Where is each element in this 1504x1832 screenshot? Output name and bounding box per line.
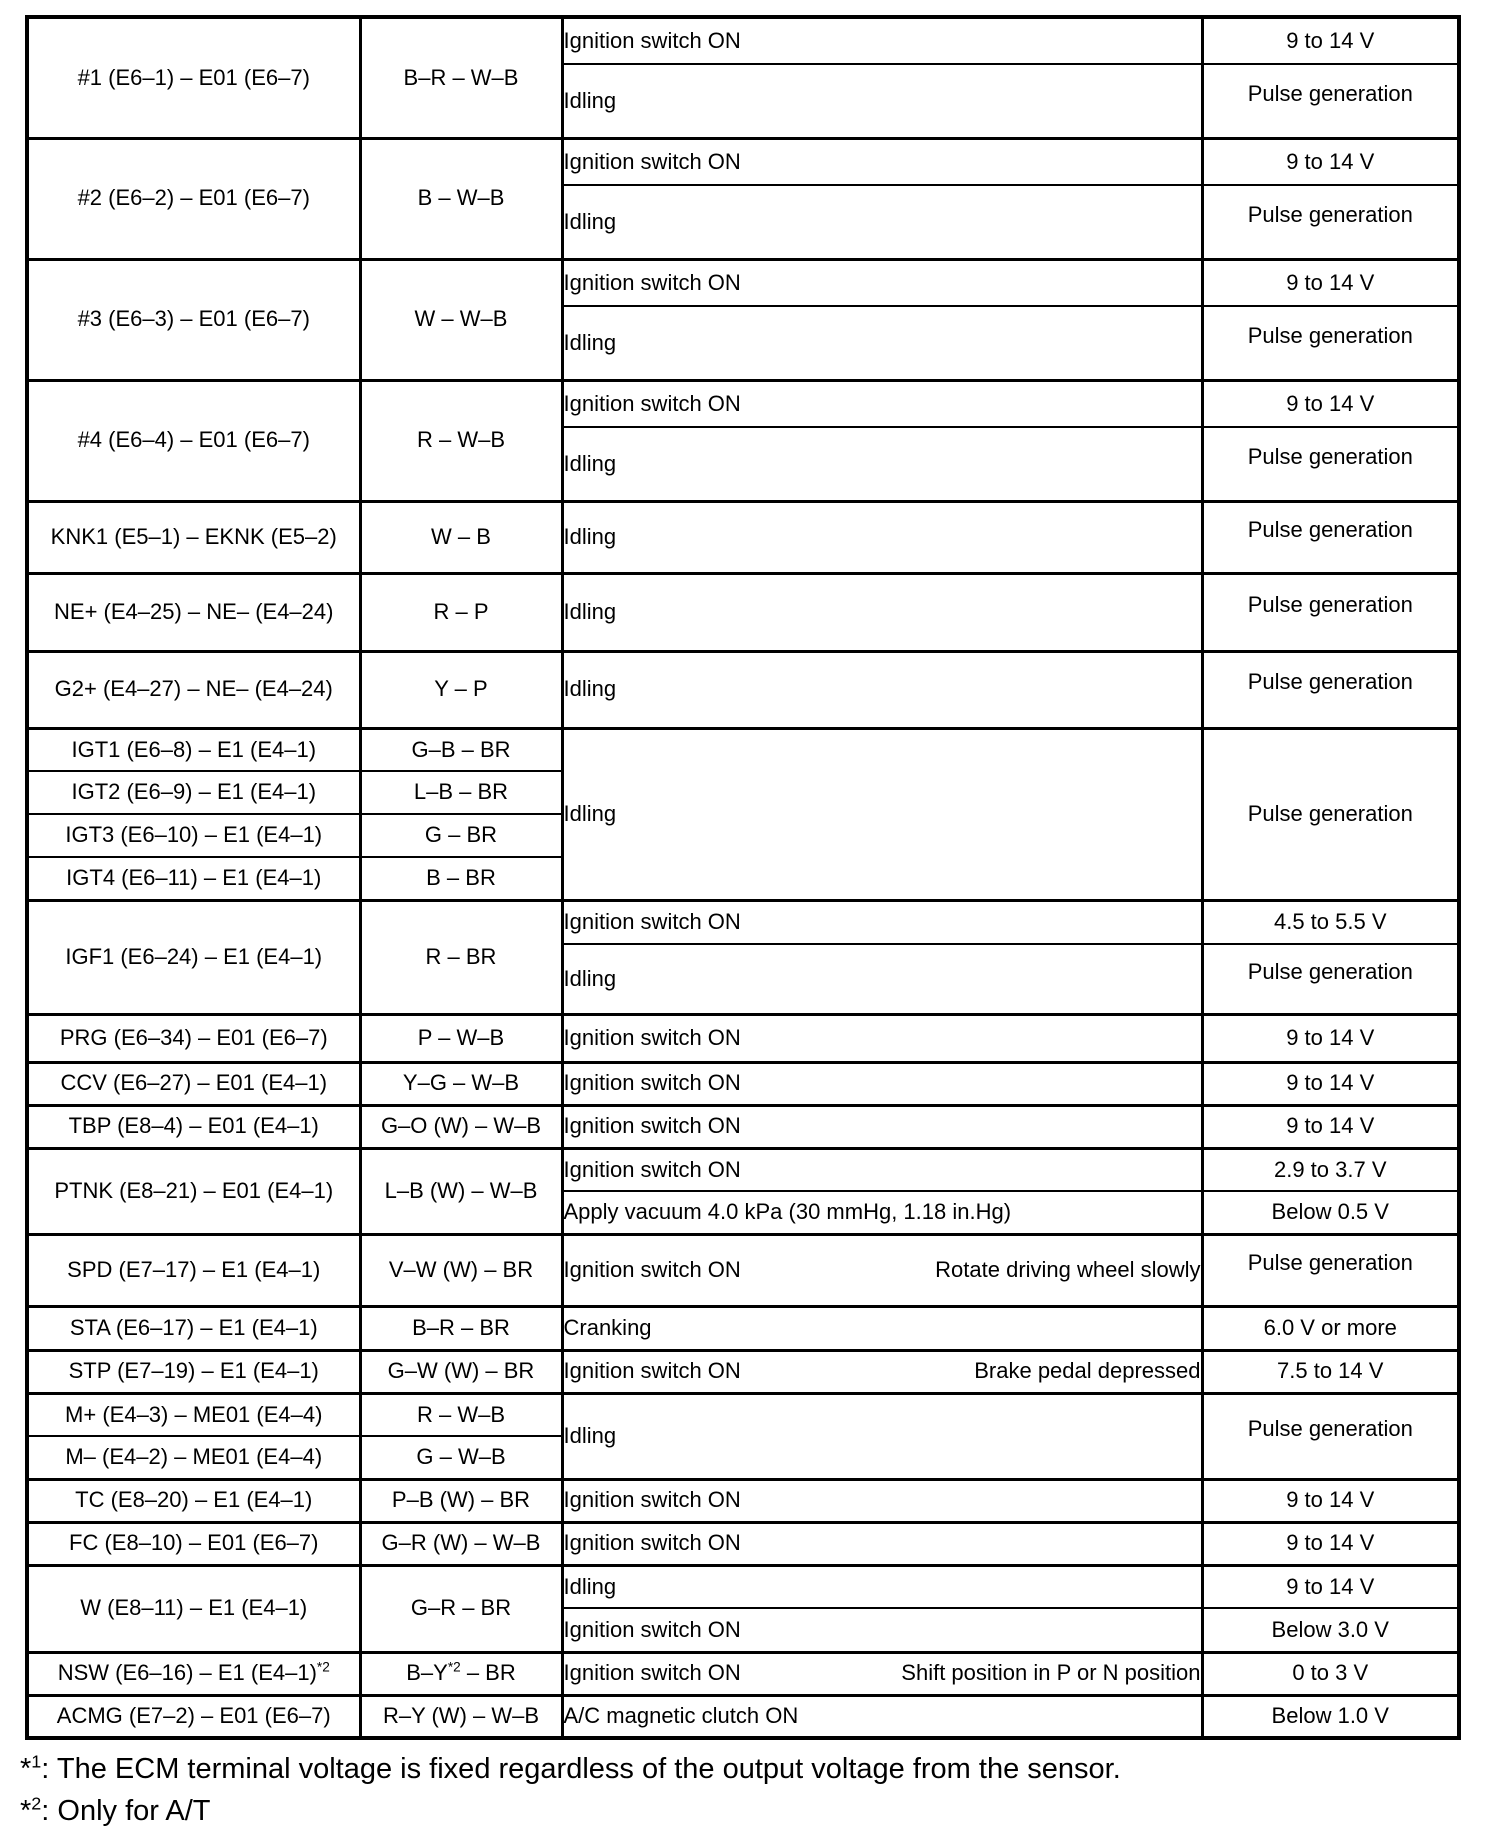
condition-cell: Ignition switch ONRotate driving wheel s… xyxy=(562,1234,1202,1306)
value-cell: Pulse generation xyxy=(1202,306,1459,380)
terminal-cell: M+ (E4–3) – ME01 (E4–4) xyxy=(27,1393,360,1436)
condition-cell: Ignition switch ON xyxy=(562,380,1202,427)
condition-cell: Idling xyxy=(562,1393,1202,1479)
condition-right-text: Brake pedal depressed xyxy=(974,1358,1200,1384)
terminal-cell: TC (E8–20) – E1 (E4–1) xyxy=(27,1479,360,1522)
terminal-cell: #2 (E6–2) – E01 (E6–7) xyxy=(27,138,360,259)
condition-wrap: Ignition switch ONShift position in P or… xyxy=(564,1660,1201,1686)
value-cell: 9 to 14 V xyxy=(1202,17,1459,64)
table-row: KNK1 (E5–1) – EKNK (E5–2)W – BIdlingPuls… xyxy=(27,501,1459,573)
value-cell: Pulse generation xyxy=(1202,651,1459,728)
terminal-cell: G2+ (E4–27) – NE– (E4–24) xyxy=(27,651,360,728)
terminal-cell: FC (E8–10) – E01 (E6–7) xyxy=(27,1522,360,1565)
footnotes: *1: The ECM terminal voltage is fixed re… xyxy=(20,1748,1504,1832)
condition-right-text: Shift position in P or N position xyxy=(901,1660,1200,1686)
condition-cell: Idling xyxy=(562,573,1202,651)
wire-color-cell: W – B xyxy=(360,501,562,573)
value-cell: 9 to 14 V xyxy=(1202,1522,1459,1565)
table-row: TC (E8–20) – E1 (E4–1)P–B (W) – BRIgniti… xyxy=(27,1479,1459,1522)
condition-cell: Idling xyxy=(562,306,1202,380)
terminal-cell: IGF1 (E6–24) – E1 (E4–1) xyxy=(27,900,360,1014)
condition-cell: Ignition switch ON xyxy=(562,1522,1202,1565)
terminal-cell: ACMG (E7–2) – E01 (E6–7) xyxy=(27,1695,360,1738)
table-row: #2 (E6–2) – E01 (E6–7)B – W–BIgnition sw… xyxy=(27,138,1459,185)
wire-color-cell: B–R – BR xyxy=(360,1306,562,1350)
wire-color-cell: R – W–B xyxy=(360,1393,562,1436)
condition-cell: Cranking xyxy=(562,1306,1202,1350)
table-row: TBP (E8–4) – E01 (E4–1)G–O (W) – W–BIgni… xyxy=(27,1105,1459,1148)
condition-cell: Ignition switch ON xyxy=(562,259,1202,306)
wire-color-cell: R – BR xyxy=(360,900,562,1014)
table-row: FC (E8–10) – E01 (E6–7)G–R (W) – W–BIgni… xyxy=(27,1522,1459,1565)
table-row: STA (E6–17) – E1 (E4–1)B–R – BRCranking6… xyxy=(27,1306,1459,1350)
value-cell: Below 3.0 V xyxy=(1202,1608,1459,1652)
value-cell: 2.9 to 3.7 V xyxy=(1202,1148,1459,1191)
table-row: NSW (E6–16) – E1 (E4–1)*2B–Y*2 – BRIgnit… xyxy=(27,1652,1459,1695)
terminal-cell: NSW (E6–16) – E1 (E4–1)*2 xyxy=(27,1652,360,1695)
terminal-cell: #3 (E6–3) – E01 (E6–7) xyxy=(27,259,360,380)
condition-cell: Idling xyxy=(562,1565,1202,1608)
table-row: CCV (E6–27) – E01 (E4–1)Y–G – W–BIgnitio… xyxy=(27,1062,1459,1105)
wire-color-cell: Y – P xyxy=(360,651,562,728)
condition-cell: Ignition switch ON xyxy=(562,900,1202,944)
value-cell: Below 1.0 V xyxy=(1202,1695,1459,1738)
value-cell: 9 to 14 V xyxy=(1202,1062,1459,1105)
table-row: G2+ (E4–27) – NE– (E4–24)Y – PIdlingPuls… xyxy=(27,651,1459,728)
wire-color-cell: P–B (W) – BR xyxy=(360,1479,562,1522)
value-cell: Pulse generation xyxy=(1202,1393,1459,1479)
wire-color-cell: G – W–B xyxy=(360,1436,562,1479)
table-row: PTNK (E8–21) – E01 (E4–1)L–B (W) – W–BIg… xyxy=(27,1148,1459,1191)
terminal-cell: PRG (E6–34) – E01 (E6–7) xyxy=(27,1014,360,1062)
value-cell: Pulse generation xyxy=(1202,944,1459,1014)
value-cell: Pulse generation xyxy=(1202,501,1459,573)
terminal-cell: IGT4 (E6–11) – E1 (E4–1) xyxy=(27,857,360,900)
terminal-cell: IGT2 (E6–9) – E1 (E4–1) xyxy=(27,771,360,814)
terminal-cell: #1 (E6–1) – E01 (E6–7) xyxy=(27,17,360,138)
wire-color-cell: R – W–B xyxy=(360,380,562,501)
value-cell: 6.0 V or more xyxy=(1202,1306,1459,1350)
table-row: STP (E7–19) – E1 (E4–1)G–W (W) – BRIgnit… xyxy=(27,1350,1459,1393)
value-cell: 0 to 3 V xyxy=(1202,1652,1459,1695)
wire-color-cell: G–B – BR xyxy=(360,728,562,771)
condition-cell: A/C magnetic clutch ON xyxy=(562,1695,1202,1738)
wire-color-cell: P – W–B xyxy=(360,1014,562,1062)
manual-page: #1 (E6–1) – E01 (E6–7)B–R – W–BIgnition … xyxy=(0,0,1504,1832)
table-row: PRG (E6–34) – E01 (E6–7)P – W–BIgnition … xyxy=(27,1014,1459,1062)
condition-text: Ignition switch ON xyxy=(564,1358,741,1384)
condition-cell: Ignition switch ONBrake pedal depressed xyxy=(562,1350,1202,1393)
terminal-cell: KNK1 (E5–1) – EKNK (E5–2) xyxy=(27,501,360,573)
table-row: #1 (E6–1) – E01 (E6–7)B–R – W–BIgnition … xyxy=(27,17,1459,64)
condition-cell: Idling xyxy=(562,185,1202,259)
wire-color-cell: B–R – W–B xyxy=(360,17,562,138)
value-cell: 9 to 14 V xyxy=(1202,259,1459,306)
table-row: W (E8–11) – E1 (E4–1)G–R – BRIdling9 to … xyxy=(27,1565,1459,1608)
terminal-cell: PTNK (E8–21) – E01 (E4–1) xyxy=(27,1148,360,1234)
condition-cell: Idling xyxy=(562,944,1202,1014)
table-row: IGF1 (E6–24) – E1 (E4–1)R – BRIgnition s… xyxy=(27,900,1459,944)
terminal-cell: TBP (E8–4) – E01 (E4–1) xyxy=(27,1105,360,1148)
wire-color-cell: R – P xyxy=(360,573,562,651)
wire-color-cell: R–Y (W) – W–B xyxy=(360,1695,562,1738)
condition-cell: Idling xyxy=(562,64,1202,138)
value-cell: 9 to 14 V xyxy=(1202,1479,1459,1522)
wire-color-cell: B – W–B xyxy=(360,138,562,259)
condition-cell: Idling xyxy=(562,427,1202,501)
condition-cell: Ignition switch ON xyxy=(562,17,1202,64)
value-cell: Pulse generation xyxy=(1202,1234,1459,1306)
value-cell: Pulse generation xyxy=(1202,728,1459,900)
terminal-cell: SPD (E7–17) – E1 (E4–1) xyxy=(27,1234,360,1306)
wire-color-cell: G–R (W) – W–B xyxy=(360,1522,562,1565)
condition-cell: Apply vacuum 4.0 kPa (30 mmHg, 1.18 in.H… xyxy=(562,1191,1202,1234)
table-row: ACMG (E7–2) – E01 (E6–7)R–Y (W) – W–BA/C… xyxy=(27,1695,1459,1738)
condition-right-text: Rotate driving wheel slowly xyxy=(935,1257,1200,1283)
value-cell: Pulse generation xyxy=(1202,64,1459,138)
condition-cell: Idling xyxy=(562,728,1202,900)
condition-cell: Ignition switch ON xyxy=(562,1479,1202,1522)
footnote-1: *1: The ECM terminal voltage is fixed re… xyxy=(20,1748,1504,1790)
value-cell: 9 to 14 V xyxy=(1202,138,1459,185)
condition-cell: Ignition switch ON xyxy=(562,1105,1202,1148)
wire-color-cell: Y–G – W–B xyxy=(360,1062,562,1105)
value-cell: 9 to 14 V xyxy=(1202,1105,1459,1148)
wire-color-cell: V–W (W) – BR xyxy=(360,1234,562,1306)
condition-wrap: Ignition switch ONBrake pedal depressed xyxy=(564,1358,1201,1384)
wire-color-cell: B–Y*2 – BR xyxy=(360,1652,562,1695)
table-row: #4 (E6–4) – E01 (E6–7)R – W–BIgnition sw… xyxy=(27,380,1459,427)
terminal-cell: IGT3 (E6–10) – E1 (E4–1) xyxy=(27,814,360,857)
wire-color-cell: G–O (W) – W–B xyxy=(360,1105,562,1148)
value-cell: 4.5 to 5.5 V xyxy=(1202,900,1459,944)
value-cell: Pulse generation xyxy=(1202,573,1459,651)
condition-cell: Ignition switch ON xyxy=(562,1014,1202,1062)
condition-wrap: Ignition switch ONRotate driving wheel s… xyxy=(564,1257,1201,1283)
terminal-cell: STA (E6–17) – E1 (E4–1) xyxy=(27,1306,360,1350)
condition-cell: Ignition switch ON xyxy=(562,1062,1202,1105)
condition-text: Ignition switch ON xyxy=(564,1257,741,1283)
condition-cell: Ignition switch ON xyxy=(562,1148,1202,1191)
value-cell: 7.5 to 14 V xyxy=(1202,1350,1459,1393)
terminal-cell: IGT1 (E6–8) – E1 (E4–1) xyxy=(27,728,360,771)
terminal-cell: CCV (E6–27) – E01 (E4–1) xyxy=(27,1062,360,1105)
terminal-cell: STP (E7–19) – E1 (E4–1) xyxy=(27,1350,360,1393)
value-cell: 9 to 14 V xyxy=(1202,1565,1459,1608)
wire-color-cell: B – BR xyxy=(360,857,562,900)
condition-cell: Ignition switch ONShift position in P or… xyxy=(562,1652,1202,1695)
ecm-terminal-voltage-table: #1 (E6–1) – E01 (E6–7)B–R – W–BIgnition … xyxy=(25,15,1461,1740)
table-row: #3 (E6–3) – E01 (E6–7)W – W–BIgnition sw… xyxy=(27,259,1459,306)
condition-cell: Ignition switch ON xyxy=(562,138,1202,185)
table-row: NE+ (E4–25) – NE– (E4–24)R – PIdlingPuls… xyxy=(27,573,1459,651)
terminal-cell: W (E8–11) – E1 (E4–1) xyxy=(27,1565,360,1652)
wire-color-cell: G–W (W) – BR xyxy=(360,1350,562,1393)
value-cell: 9 to 14 V xyxy=(1202,380,1459,427)
condition-text: Ignition switch ON xyxy=(564,1660,741,1686)
wire-color-cell: L–B (W) – W–B xyxy=(360,1148,562,1234)
condition-cell: Idling xyxy=(562,501,1202,573)
condition-cell: Idling xyxy=(562,651,1202,728)
condition-cell: Ignition switch ON xyxy=(562,1608,1202,1652)
value-cell: Pulse generation xyxy=(1202,185,1459,259)
table-row: IGT1 (E6–8) – E1 (E4–1)G–B – BRIdlingPul… xyxy=(27,728,1459,771)
footnote-2: *2: Only for A/T xyxy=(20,1790,1504,1832)
terminal-cell: #4 (E6–4) – E01 (E6–7) xyxy=(27,380,360,501)
wire-color-cell: G – BR xyxy=(360,814,562,857)
table-row: M+ (E4–3) – ME01 (E4–4)R – W–BIdlingPuls… xyxy=(27,1393,1459,1436)
terminal-cell: M– (E4–2) – ME01 (E4–4) xyxy=(27,1436,360,1479)
terminal-cell: NE+ (E4–25) – NE– (E4–24) xyxy=(27,573,360,651)
value-cell: Below 0.5 V xyxy=(1202,1191,1459,1234)
value-cell: 9 to 14 V xyxy=(1202,1014,1459,1062)
wire-color-cell: W – W–B xyxy=(360,259,562,380)
terminal-voltage-table-body: #1 (E6–1) – E01 (E6–7)B–R – W–BIgnition … xyxy=(27,17,1459,1738)
wire-color-cell: G–R – BR xyxy=(360,1565,562,1652)
table-row: SPD (E7–17) – E1 (E4–1)V–W (W) – BRIgnit… xyxy=(27,1234,1459,1306)
value-cell: Pulse generation xyxy=(1202,427,1459,501)
wire-color-cell: L–B – BR xyxy=(360,771,562,814)
